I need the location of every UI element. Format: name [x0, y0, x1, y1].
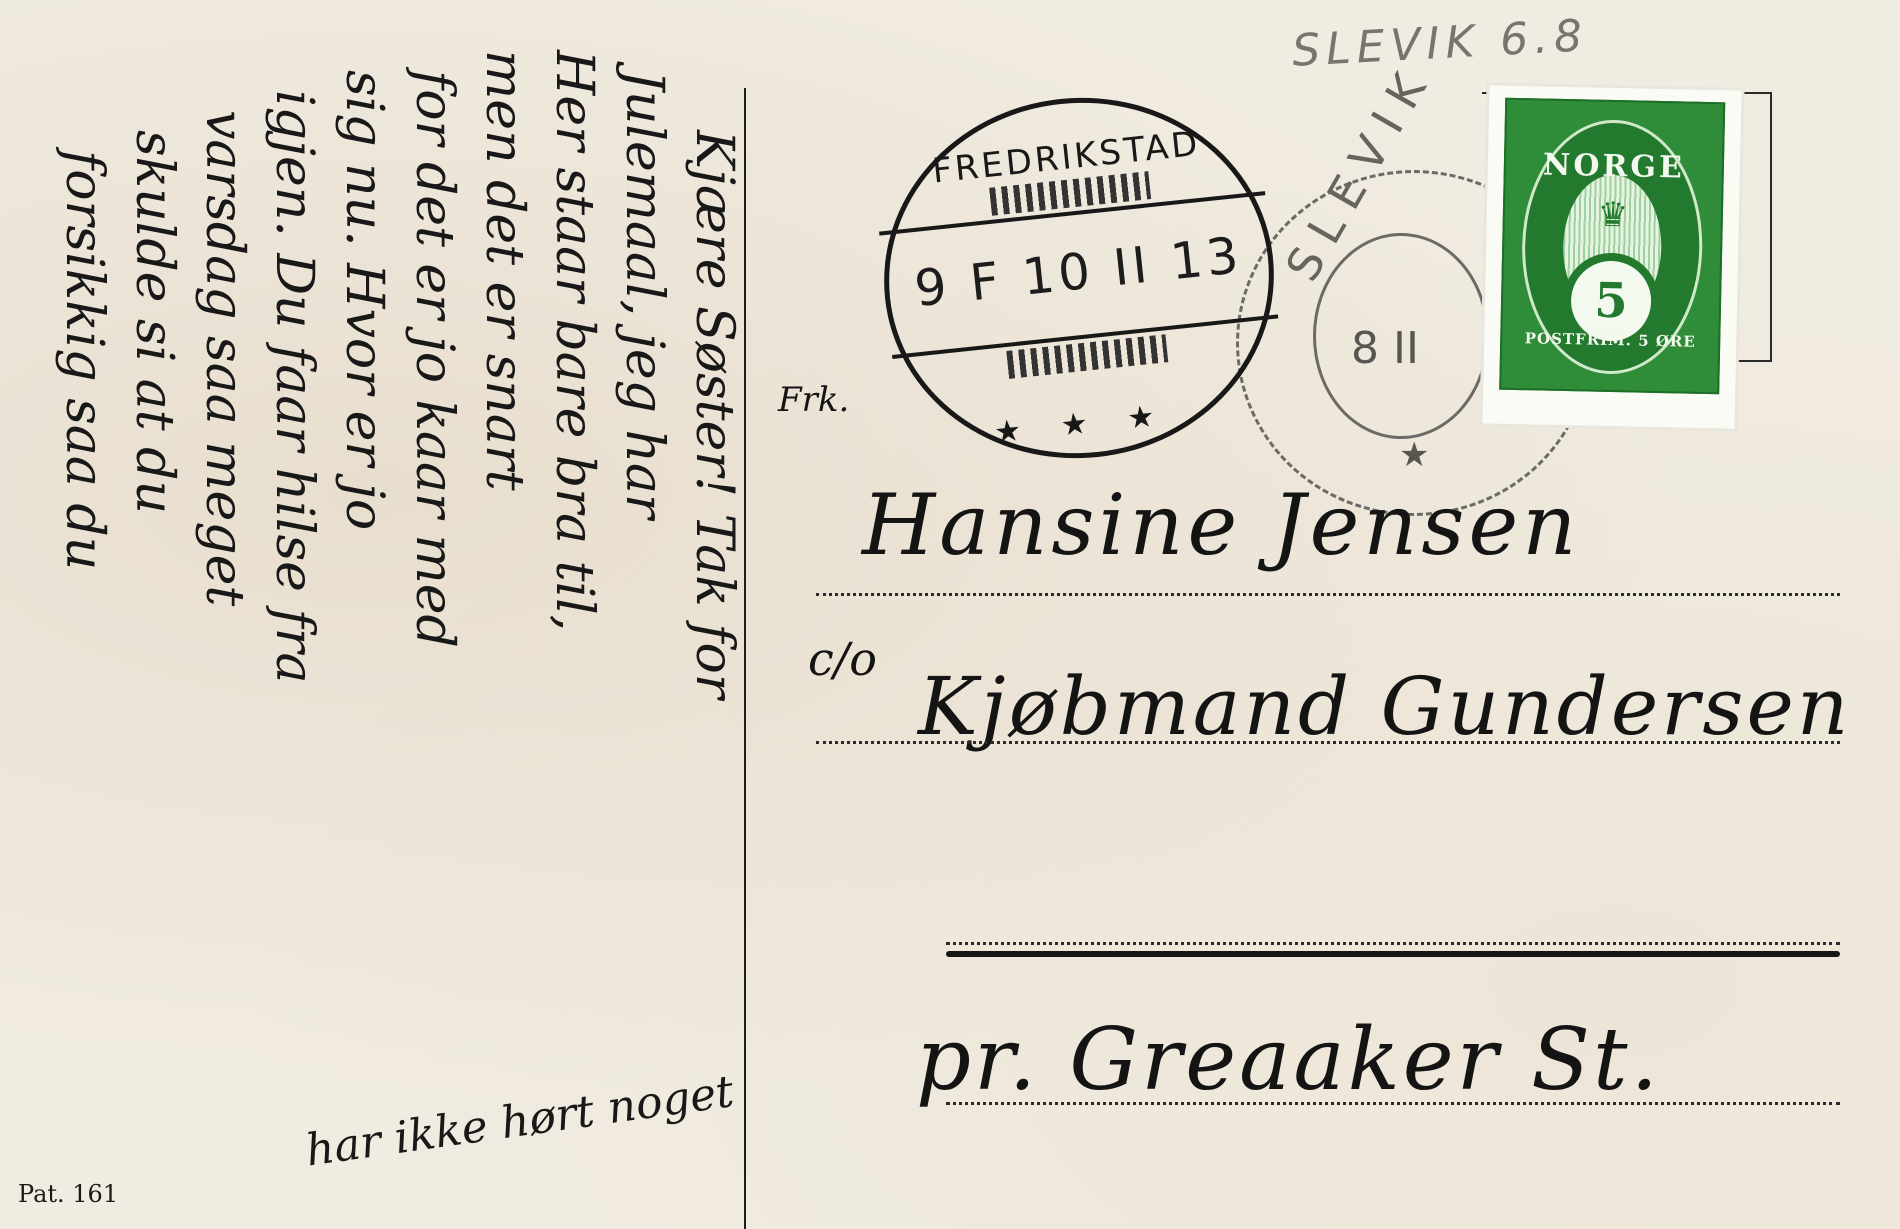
message-line: for det er jo kaar med: [408, 70, 460, 648]
message-area: Kjære Søster! Tak for Julemaal, jeg har …: [20, 10, 740, 1210]
message-line: sig nu. Hvor er jo: [338, 70, 390, 530]
message-line: men det er snart: [478, 50, 530, 491]
destination-place: pr. Greaaker St.: [916, 1010, 1661, 1110]
recipient-attention: Kjøbmand Gundersen: [918, 660, 1851, 753]
crown-icon: ♛: [1597, 195, 1628, 236]
message-line: Julemaal, jeg har: [618, 70, 670, 519]
address-line-4: [946, 1102, 1840, 1105]
postcard-back: Kjære Søster! Tak for Julemaal, jeg har …: [0, 0, 1900, 1229]
address-line-1: [816, 593, 1840, 596]
stamp-caption: POSTFRIM. 5 ØRE: [1523, 329, 1697, 351]
star-icon: ★★★: [903, 385, 1285, 460]
address-line-2: [816, 741, 1840, 744]
stamp-value: 5: [1594, 273, 1629, 330]
divider-line: [744, 88, 746, 1229]
stamp-oval: NORGE ♛ 5 POSTFRIM. 5 ØRE: [1520, 118, 1705, 376]
message-line: forsikkig saa du: [58, 150, 110, 570]
stamp-country: NORGE: [1527, 147, 1702, 186]
address-line-3: [946, 942, 1840, 945]
postage-stamp: NORGE ♛ 5 POSTFRIM. 5 ØRE: [1482, 85, 1741, 428]
message-line: varsdag saa meget: [198, 110, 250, 606]
stamp-frame: NORGE ♛ 5 POSTFRIM. 5 ØRE: [1499, 98, 1725, 395]
postmark-fredrikstad: FREDRIKSTAD 9 F 10 II 13 ★★★: [866, 79, 1291, 478]
care-of: c/o: [808, 632, 877, 686]
message-line: har ikke hørt noget: [303, 1070, 736, 1174]
message-line: igjen. Du faar hilse fra: [268, 90, 320, 684]
pencil-annotation: SLEVIK 6.8: [1291, 10, 1589, 76]
message-line: Kjære Søster! Tak for: [688, 130, 740, 699]
address-rule: [946, 951, 1840, 957]
routing-note: Frk.: [778, 380, 849, 420]
message-line: Her staar bare bra til,: [548, 50, 600, 631]
publisher-imprint: Pat. 161: [18, 1180, 118, 1208]
message-line: skulde si at du: [128, 130, 180, 514]
postmark-date: 8 II: [1351, 323, 1419, 374]
star-icon: ★: [1399, 435, 1429, 475]
recipient-name: Hansine Jensen: [862, 476, 1580, 574]
